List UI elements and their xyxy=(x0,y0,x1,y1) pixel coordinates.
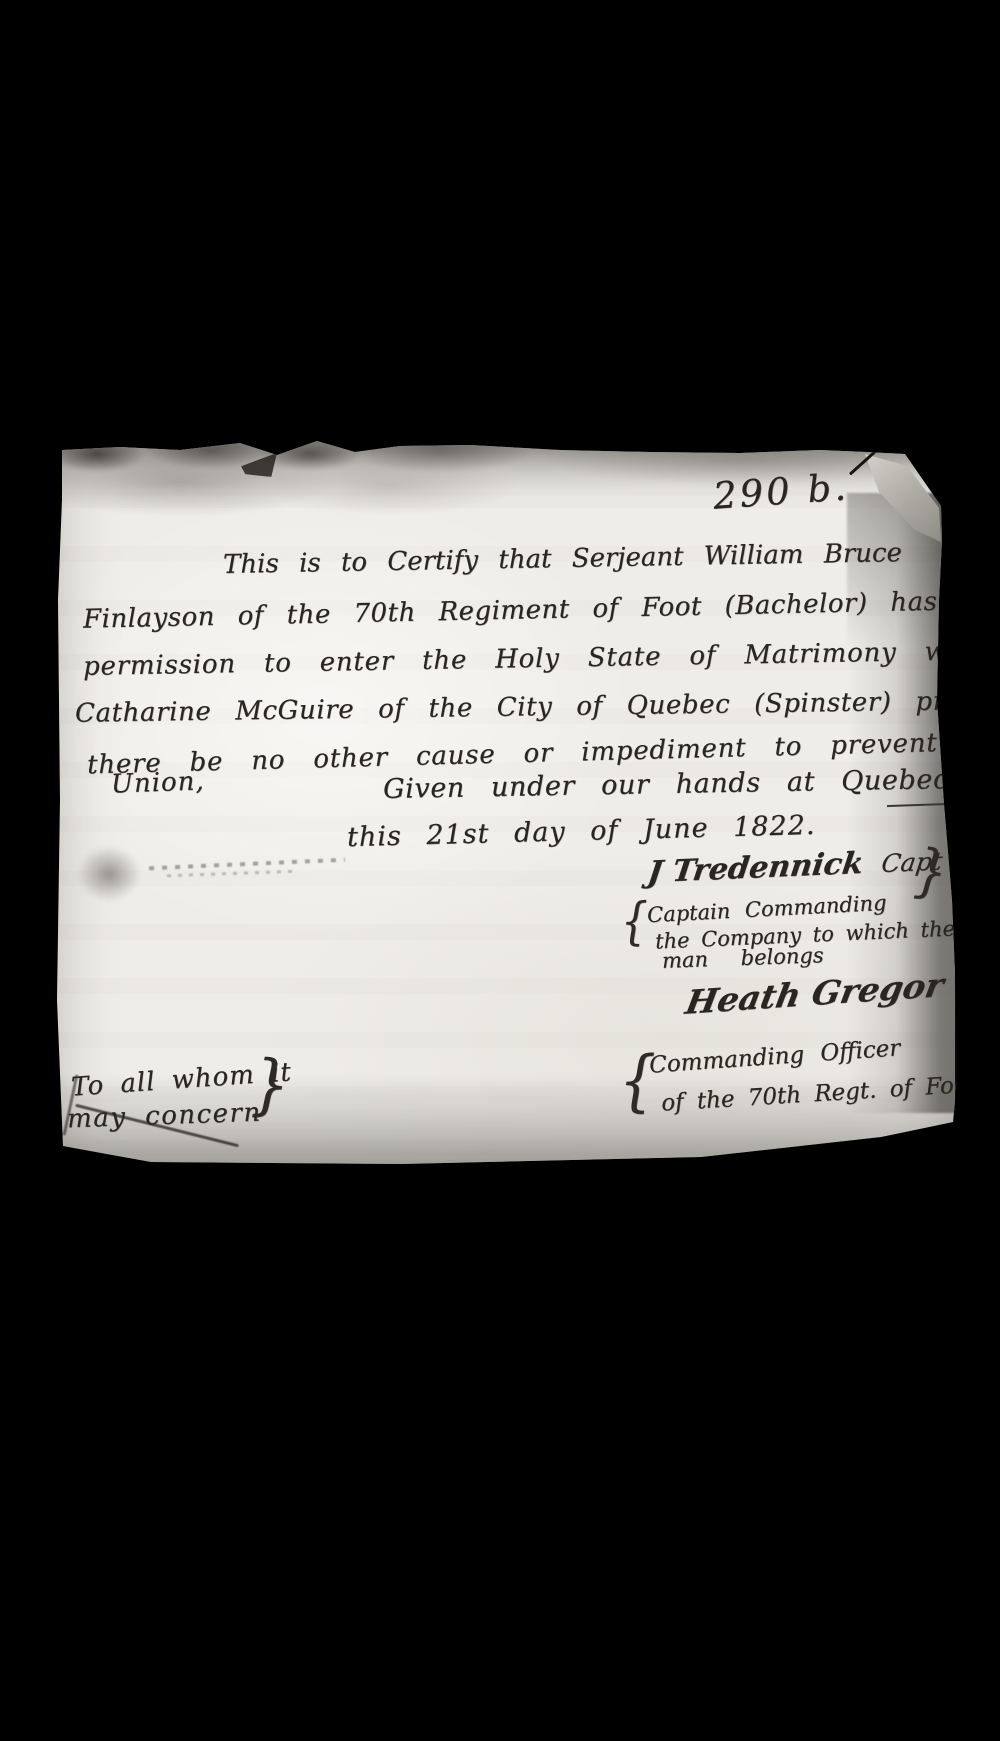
dateline-date: this 21st day of June 1822. xyxy=(347,810,816,853)
document-paper: 290 b. This is to Certify that Serjeant … xyxy=(55,438,955,1168)
ink-smudge xyxy=(77,846,141,902)
closing-brace-glyph: } xyxy=(250,1046,291,1124)
pencil-scribble xyxy=(149,858,345,871)
microfilm-scan-background: 290 b. This is to Certify that Serjeant … xyxy=(0,0,1000,1741)
pencil-scribble xyxy=(167,870,297,878)
opening-brace-glyph: { xyxy=(621,891,648,950)
captain-title-line: man belongs xyxy=(662,943,824,973)
certificate-line: This is to Certify that Serjeant William… xyxy=(223,538,902,580)
certificate-line: Union, xyxy=(111,766,206,799)
captain-signature-name: J Tredennick xyxy=(646,846,866,890)
